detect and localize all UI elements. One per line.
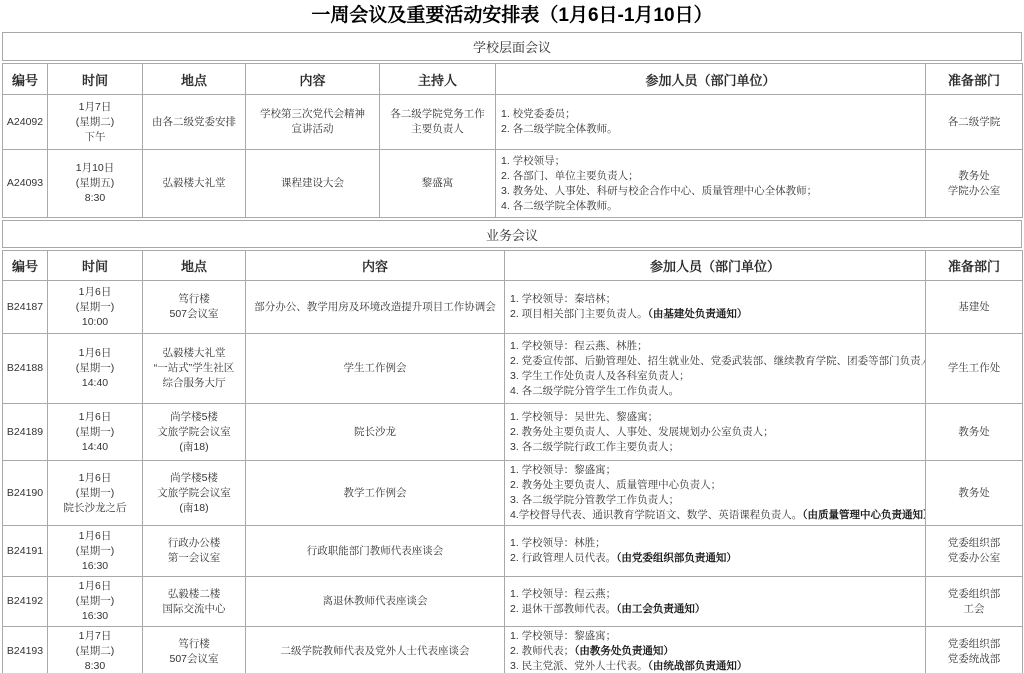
time-cell: 1月6日(星期一)10:00 <box>48 281 143 334</box>
column-header: 内容 <box>246 64 380 95</box>
page-title: 一周会议及重要活动安排表（1月6日-1月10日） <box>0 0 1024 32</box>
content-cell: 院长沙龙 <box>246 404 505 461</box>
column-header: 内容 <box>246 251 505 281</box>
sections-container: 学校层面会议编号时间地点内容主持人参加人员（部门单位）准备部门A240921月7… <box>0 32 1024 673</box>
table-row: B241901月6日(星期一)院长沙龙之后尚学楼5楼文旅学院会议室(南18)教学… <box>3 461 1023 526</box>
participant-text: 1. 学校领导：林胜； <box>510 537 606 549</box>
prep-department-cell: 党委组织部党委办公室 <box>926 526 1023 577</box>
participants-cell: 1. 学校领导；2. 各部门、单位主要负责人；3. 教务处、人事处、科研与校企合… <box>496 150 926 218</box>
place-cell: 弘毅楼大礼堂 <box>143 150 246 218</box>
prep-department-cell: 党委组织部党委统战部 <box>926 627 1023 673</box>
time-cell: 1月6日(星期一)14:40 <box>48 334 143 404</box>
notify-note: （由党委组织部负责通知） <box>616 552 737 564</box>
participant-text: 1. 学校领导； <box>501 155 565 167</box>
column-header: 编号 <box>3 251 48 281</box>
participants-cell: 1. 学校领导：秦培林；2. 项目相关部门主要负责人。（由基建处负责通知） <box>505 281 926 334</box>
participant-text: 1. 学校领导：黎盛寓； <box>510 630 616 642</box>
participant-text: 4. 各二级学院全体教师。 <box>501 200 618 212</box>
column-header: 参加人员（部门单位） <box>505 251 926 281</box>
participant-text: 2. 行政管理人员代表。 <box>510 552 616 564</box>
time-cell: 1月10日(星期五)8:30 <box>48 150 143 218</box>
notify-note: （由教务处负责通知） <box>574 645 674 657</box>
participant-text: 4. 各二级学院分管学生工作负责人。 <box>510 385 679 397</box>
row-id-cell: B24193 <box>3 627 48 673</box>
content-cell: 行政职能部门教师代表座谈会 <box>246 526 505 577</box>
row-id-cell: A24093 <box>3 150 48 218</box>
column-header: 参加人员（部门单位） <box>496 64 926 95</box>
place-cell: 弘毅楼大礼堂“一站式”学生社区综合服务大厅 <box>143 334 246 404</box>
table-row: B241881月6日(星期一)14:40弘毅楼大礼堂“一站式”学生社区综合服务大… <box>3 334 1023 404</box>
participant-text: 3. 各二级学院行政工作主要负责人； <box>510 441 679 453</box>
content-cell: 教学工作例会 <box>246 461 505 526</box>
column-header: 准备部门 <box>926 251 1023 281</box>
content-cell: 学生工作例会 <box>246 334 505 404</box>
column-header: 主持人 <box>380 64 496 95</box>
host-cell: 各二级学院党务工作主要负责人 <box>380 95 496 150</box>
column-header: 地点 <box>143 64 246 95</box>
participants-cell: 1. 学校领导：程云燕、林胜；2. 党委宣传部、后勤管理处、招生就业处、党委武装… <box>505 334 926 404</box>
notify-note: （由工会负责通知） <box>616 603 705 615</box>
column-header-row: 编号时间地点内容参加人员（部门单位）准备部门 <box>3 251 1023 281</box>
weekly-schedule-sheet: 一周会议及重要活动安排表（1月6日-1月10日） 学校层面会议编号时间地点内容主… <box>0 0 1024 673</box>
time-cell: 1月6日(星期一)14:40 <box>48 404 143 461</box>
participant-text: 1. 学校领导：黎盛寓； <box>510 464 616 476</box>
place-cell: 尚学楼5楼文旅学院会议室(南18) <box>143 404 246 461</box>
table-row: A240931月10日(星期五)8:30弘毅楼大礼堂课程建设大会黎盛寓1. 学校… <box>3 150 1023 218</box>
participants-cell: 1. 学校领导：程云燕；2. 退休干部教师代表。（由工会负责通知） <box>505 577 926 627</box>
row-id-cell: B24191 <box>3 526 48 577</box>
participant-text: 1. 学校领导：秦培林； <box>510 293 616 305</box>
column-header-row: 编号时间地点内容主持人参加人员（部门单位）准备部门 <box>3 64 1023 95</box>
table-row: B241931月7日(星期二)8:30笃行楼507会议室二级学院教师代表及党外人… <box>3 627 1023 673</box>
participant-text: 1. 校党委委员； <box>501 108 576 120</box>
time-cell: 1月6日(星期一)16:30 <box>48 577 143 627</box>
row-id-cell: B24187 <box>3 281 48 334</box>
column-header: 准备部门 <box>926 64 1023 95</box>
place-cell: 笃行楼507会议室 <box>143 627 246 673</box>
prep-department-cell: 教务处 <box>926 461 1023 526</box>
row-id-cell: B24192 <box>3 577 48 627</box>
table-row: B241871月6日(星期一)10:00笃行楼507会议室部分办公、教学用房及环… <box>3 281 1023 334</box>
row-id-cell: B24189 <box>3 404 48 461</box>
prep-department-cell: 基建处 <box>926 281 1023 334</box>
notify-note: （由统战部负责通知） <box>648 660 748 672</box>
time-cell: 1月6日(星期一)院长沙龙之后 <box>48 461 143 526</box>
time-cell: 1月6日(星期一)16:30 <box>48 526 143 577</box>
participants-cell: 1. 学校领导：吴世先、黎盛寓；2. 教务处主要负责人、人事处、发展规划办公室负… <box>505 404 926 461</box>
participant-text: 4.学校督导代表、通识教育学院语文、数学、英语课程负责人。 <box>510 509 802 521</box>
row-id-cell: B24188 <box>3 334 48 404</box>
participant-text: 2. 各二级学院全体教师。 <box>501 123 618 135</box>
column-header: 时间 <box>48 64 143 95</box>
place-cell: 由各二级党委安排 <box>143 95 246 150</box>
prep-department-cell: 党委组织部工会 <box>926 577 1023 627</box>
participant-text: 2. 党委宣传部、后勤管理处、招生就业处、党委武装部、继续教育学院、团委等部门负… <box>510 355 926 367</box>
host-cell: 黎盛寓 <box>380 150 496 218</box>
table-row: B241891月6日(星期一)14:40尚学楼5楼文旅学院会议室(南18)院长沙… <box>3 404 1023 461</box>
content-cell: 学校第三次党代会精神宣讲活动 <box>246 95 380 150</box>
place-cell: 弘毅楼二楼国际交流中心 <box>143 577 246 627</box>
participant-text: 2. 教务处主要负责人、人事处、发展规划办公室负责人； <box>510 426 774 438</box>
table-row: A240921月7日(星期二)下午由各二级党委安排学校第三次党代会精神宣讲活动各… <box>3 95 1023 150</box>
participant-text: 2. 各部门、单位主要负责人； <box>501 170 639 182</box>
column-header: 地点 <box>143 251 246 281</box>
notify-note: （由质量管理中心负责通知） <box>802 509 925 521</box>
time-cell: 1月7日(星期二)下午 <box>48 95 143 150</box>
participant-text: 1. 学校领导：程云燕、林胜； <box>510 340 648 352</box>
prep-department-cell: 各二级学院 <box>926 95 1023 150</box>
prep-department-cell: 教务处学院办公室 <box>926 150 1023 218</box>
participant-text: 2. 退休干部教师代表。 <box>510 603 616 615</box>
content-cell: 二级学院教师代表及党外人士代表座谈会 <box>246 627 505 673</box>
place-cell: 笃行楼507会议室 <box>143 281 246 334</box>
place-cell: 行政办公楼第一会议室 <box>143 526 246 577</box>
participants-cell: 1. 学校领导：林胜；2. 行政管理人员代表。（由党委组织部负责通知） <box>505 526 926 577</box>
row-id-cell: A24092 <box>3 95 48 150</box>
participant-text: 3. 民主党派、党外人士代表。 <box>510 660 648 672</box>
participant-text: 3. 教务处、人事处、科研与校企合作中心、质量管理中心全体教师； <box>501 185 817 197</box>
table-row: B241911月6日(星期一)16:30行政办公楼第一会议室行政职能部门教师代表… <box>3 526 1023 577</box>
prep-department-cell: 教务处 <box>926 404 1023 461</box>
school-level-meetings-table: 编号时间地点内容主持人参加人员（部门单位）准备部门A240921月7日(星期二)… <box>2 63 1023 218</box>
notify-note: （由基建处负责通知） <box>648 308 748 320</box>
table-row: B241921月6日(星期一)16:30弘毅楼二楼国际交流中心离退休教师代表座谈… <box>3 577 1023 627</box>
content-cell: 部分办公、教学用房及环境改造提升项目工作协调会 <box>246 281 505 334</box>
section-banner-table: 业务会议 <box>2 220 1022 248</box>
column-header: 编号 <box>3 64 48 95</box>
place-cell: 尚学楼5楼文旅学院会议室(南18) <box>143 461 246 526</box>
participant-text: 3. 各二级学院分管教学工作负责人； <box>510 494 679 506</box>
section-title: 学校层面会议 <box>3 33 1022 61</box>
prep-department-cell: 学生工作处 <box>926 334 1023 404</box>
participant-text: 1. 学校领导：吴世先、黎盛寓； <box>510 411 658 423</box>
section-title: 业务会议 <box>3 221 1022 248</box>
participant-text: 3. 学生工作处负责人及各科室负责人； <box>510 370 690 382</box>
content-cell: 离退休教师代表座谈会 <box>246 577 505 627</box>
participant-text: 2. 教务处主要负责人、质量管理中心负责人； <box>510 479 721 491</box>
participants-cell: 1. 学校领导：黎盛寓；2. 教务处主要负责人、质量管理中心负责人；3. 各二级… <box>505 461 926 526</box>
row-id-cell: B24190 <box>3 461 48 526</box>
content-cell: 课程建设大会 <box>246 150 380 218</box>
participants-cell: 1. 学校领导：黎盛寓；2. 教师代表；（由教务处负责通知）3. 民主党派、党外… <box>505 627 926 673</box>
time-cell: 1月7日(星期二)8:30 <box>48 627 143 673</box>
participant-text: 1. 学校领导：程云燕； <box>510 588 616 600</box>
section-banner-table: 学校层面会议 <box>2 32 1022 61</box>
column-header: 时间 <box>48 251 143 281</box>
business-meetings-table: 编号时间地点内容参加人员（部门单位）准备部门B241871月6日(星期一)10:… <box>2 250 1023 673</box>
participant-text: 2. 教师代表； <box>510 645 574 657</box>
participant-text: 2. 项目相关部门主要负责人。 <box>510 308 648 320</box>
participants-cell: 1. 校党委委员；2. 各二级学院全体教师。 <box>496 95 926 150</box>
